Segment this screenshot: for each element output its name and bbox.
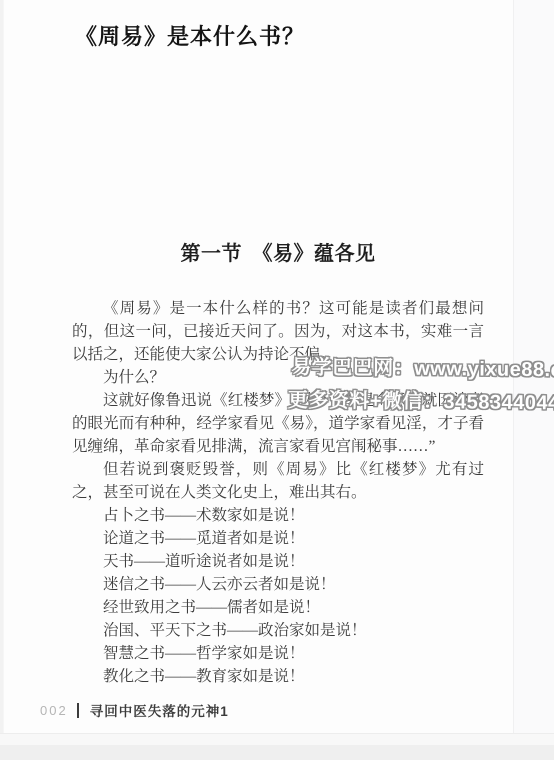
body-paragraph: 但若说到褒贬毁誉，则《周易》比《红楼梦》尤有过之，甚至可说在人类文化史上，难出其… bbox=[72, 458, 484, 504]
list-line: 论道之书——觅道者如是说！ bbox=[72, 527, 484, 550]
chapter-title: 《周易》是本什么书？ bbox=[75, 20, 305, 51]
list-line: 占卜之书——术数家如是说！ bbox=[72, 504, 484, 527]
page-number: 002 bbox=[40, 703, 68, 718]
footer-divider bbox=[77, 703, 79, 718]
page-edge-left bbox=[0, 0, 4, 733]
section-heading: 第一节 《易》蕴各见 bbox=[72, 237, 484, 266]
book-title: 寻回中医失落的元神1 bbox=[90, 700, 229, 720]
watermark-wechat-contact: 更多资料+微信：3458344044 bbox=[288, 383, 554, 415]
reader-background-strip bbox=[0, 733, 554, 745]
list-line: 治国、平天下之书——政治家如是说！ bbox=[72, 619, 484, 642]
site-watermark: 易学巴巴网：www.yixue88.cn 更多资料+微信：3458344044 bbox=[291, 351, 554, 416]
list-line: 智慧之书——哲学家如是说！ bbox=[72, 642, 484, 665]
reader-background-strip bbox=[0, 745, 554, 760]
page-footer: 002 寻回中医失落的元神1 bbox=[40, 700, 229, 720]
list-line: 教化之书——教育家如是说！ bbox=[72, 665, 484, 688]
list-line: 天书——道听途说者如是说！ bbox=[72, 550, 484, 573]
list-line: 经世致用之书——儒者如是说！ bbox=[72, 596, 484, 619]
list-line: 迷信之书——人云亦云者如是说！ bbox=[72, 573, 484, 596]
ebook-page: 《周易》是本什么书？ 第一节 《易》蕴各见 《周易》是一本什么样的书？这可能是读… bbox=[0, 0, 554, 760]
watermark-site-url: 易学巴巴网：www.yixue88.cn bbox=[291, 351, 554, 383]
